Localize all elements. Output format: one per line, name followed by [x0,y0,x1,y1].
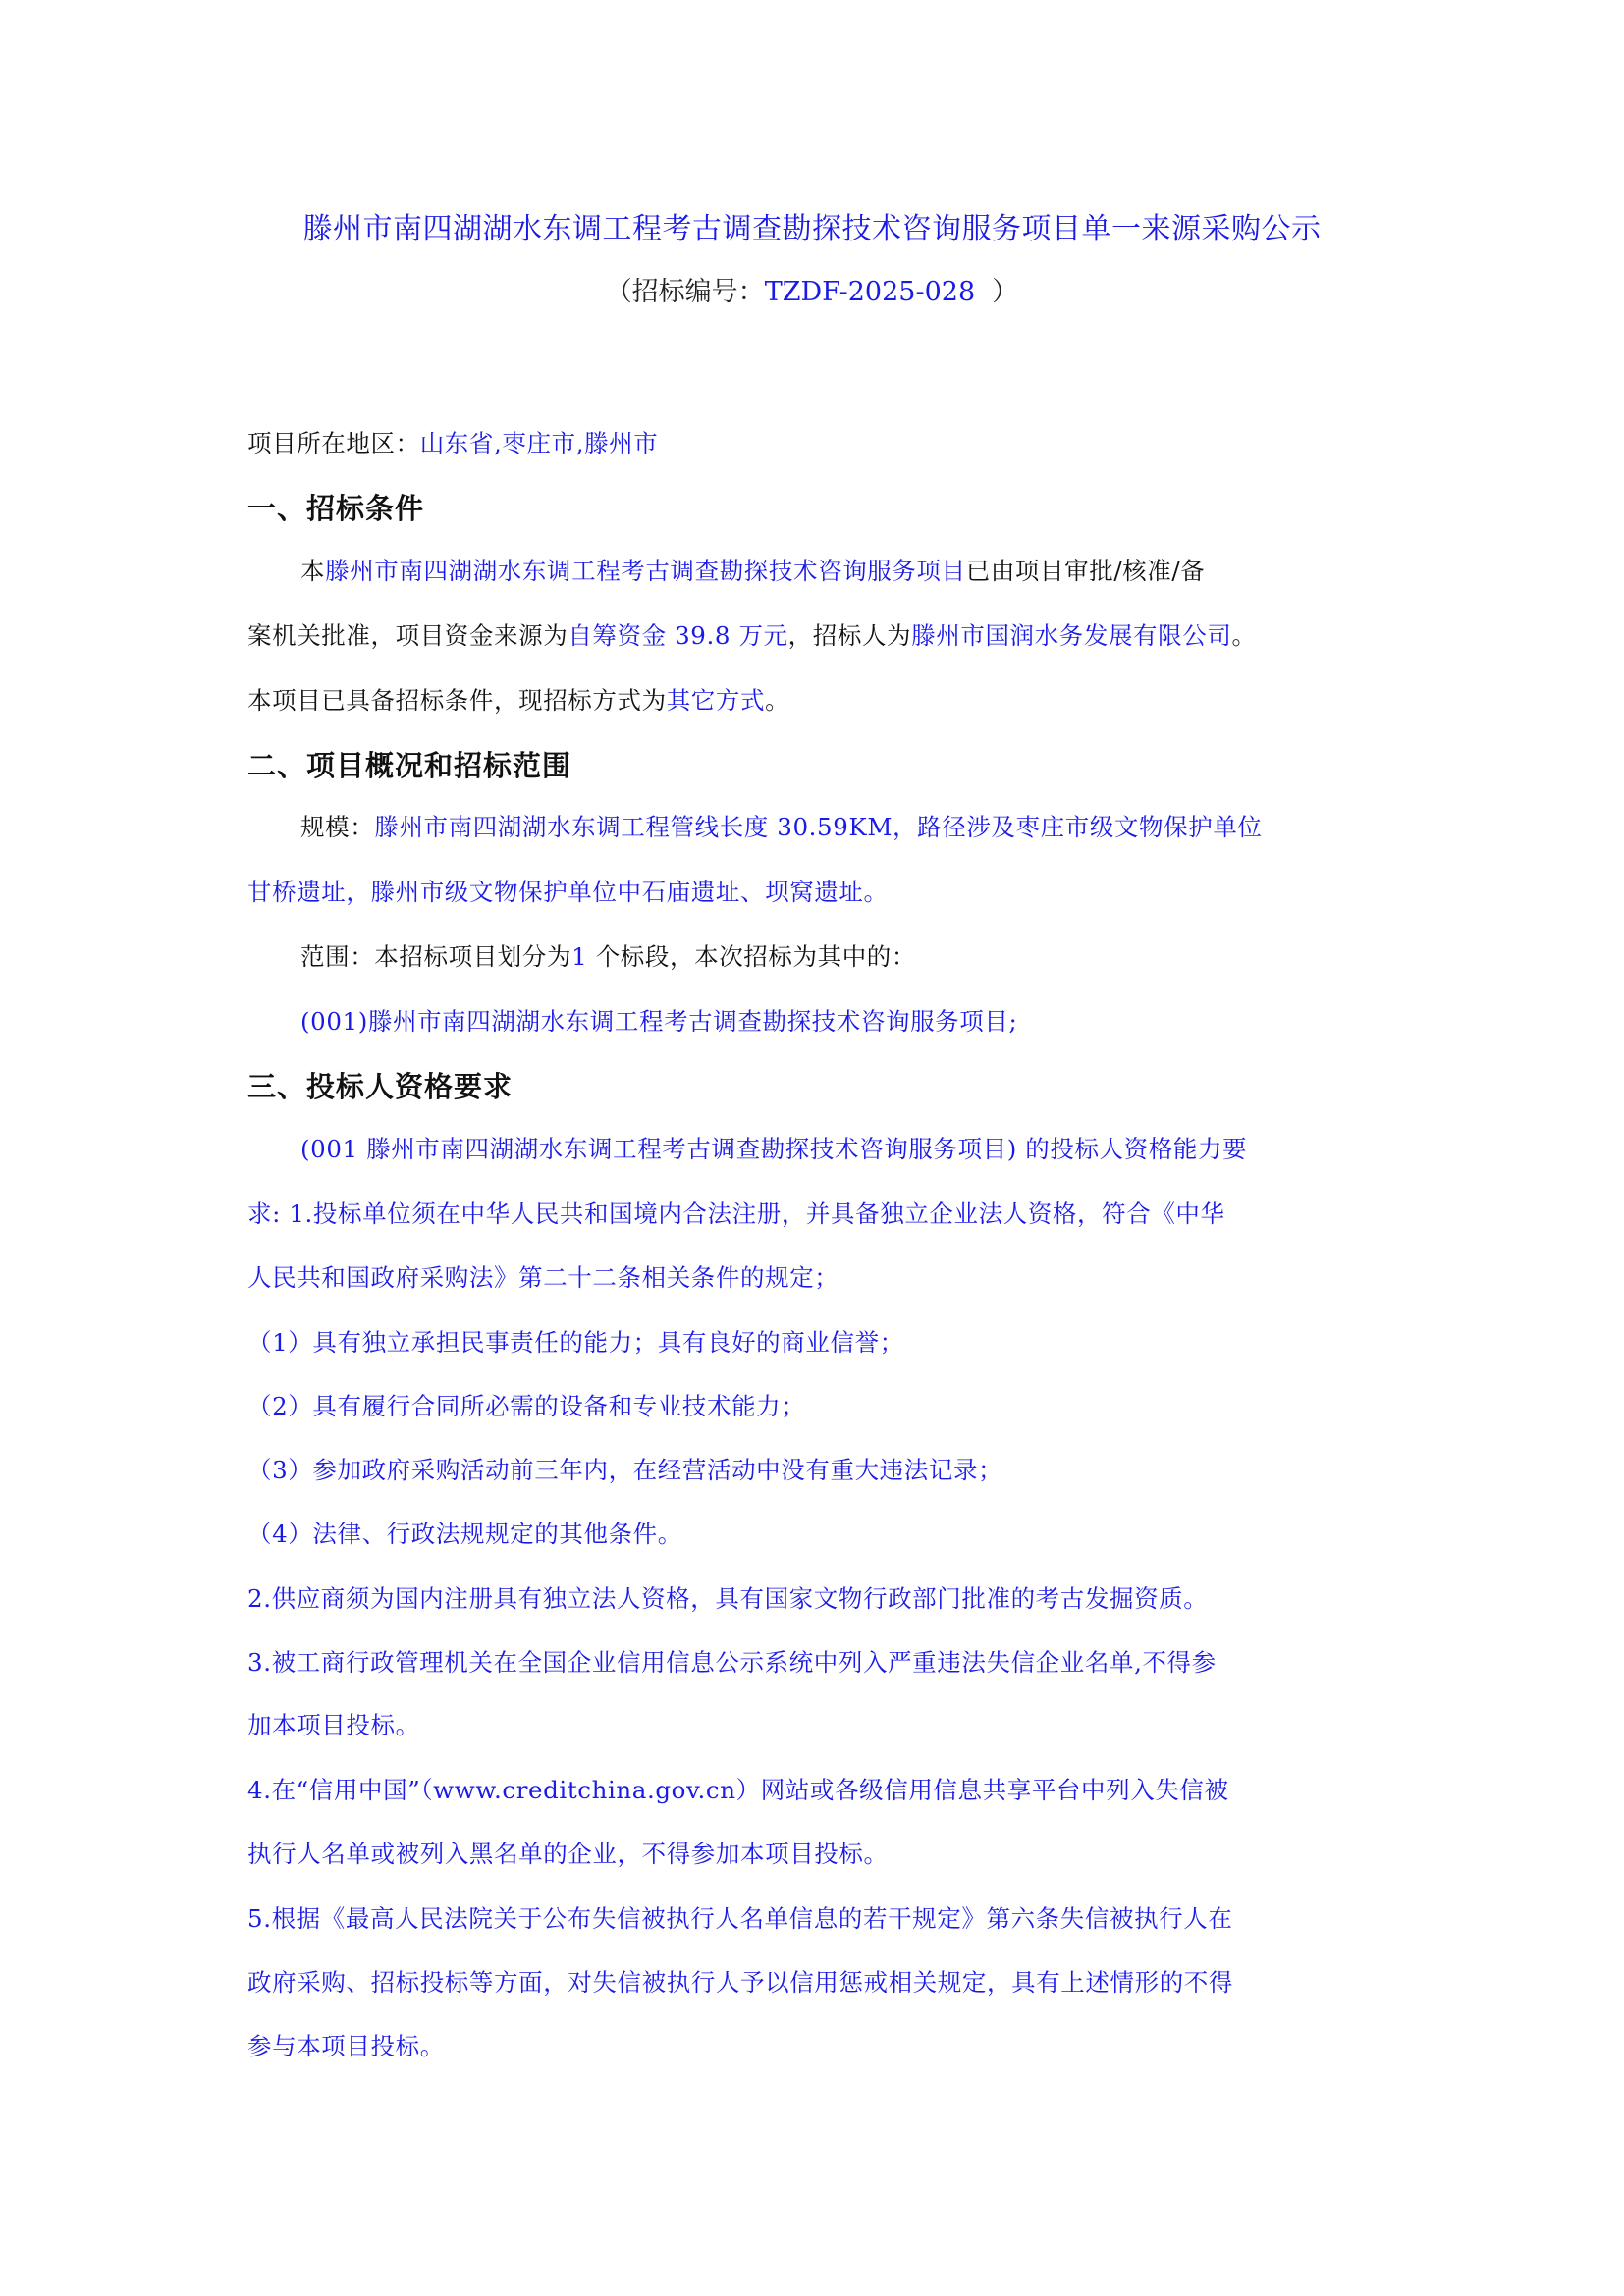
requirement-item-3: （3）参加政府采购活动前三年内，在经营活动中没有重大违法记录； [247,1451,1377,1490]
requirement-4-continued: 执行人名单或被列入黑名单的企业，不得参加本项目投标。 [247,1835,1377,1874]
paragraph-line: 本滕州市南四湖湖水东调工程考古调查勘探技术咨询服务项目已由项目审批/核准/备 [247,552,1430,591]
text: 本 [300,557,325,585]
text: 。 [765,686,789,715]
text: 本项目已具备招标条件，现招标方式为 [247,686,667,715]
text: ，招标人为 [788,621,912,650]
paragraph-line: 案机关批准，项目资金来源为自筹资金 39.8 万元，招标人为滕州市国润水务发展有… [247,616,1377,656]
range-line: 范围：本招标项目划分为1 个标段，本次招标为其中的： [247,937,1430,977]
section-heading-bidder-qualifications: 三、投标人资格要求 [247,1065,513,1108]
requirement-line: 人民共和国政府采购法》第二十二条相关条件的规定； [247,1258,1377,1298]
lot-item: (001)滕州市南四湖湖水东调工程考古调查勘探技术咨询服务项目; [247,1002,1430,1041]
scale-value: 滕州市南四湖湖水东调工程管线长度 30.59KM，路径涉及枣庄市级文物保护单位 [374,813,1262,841]
lot-count: 1 [571,942,587,971]
project-region: 项目所在地区：山东省,枣庄市,滕州市 [247,424,1377,463]
text: 。 [1231,621,1256,650]
requirement-4: 4.在“信用中国”（www.creditchina.gov.cn）网站或各级信用… [247,1771,1377,1810]
requirement-item-4: （4）法律、行政法规规定的其他条件。 [247,1515,1377,1554]
project-name: 滕州市南四湖湖水东调工程考古调查勘探技术咨询服务项目 [325,557,966,585]
requirement-item-1: （1）具有独立承担民事责任的能力；具有良好的商业信誉； [247,1323,1377,1362]
section-heading-tender-conditions: 一、招标条件 [247,487,424,530]
requirement-line: 求: 1.投标单位须在中华人民共和国境内合法注册，并具备独立企业法人资格，符合《… [247,1195,1377,1234]
requirement-3: 3.被工商行政管理机关在全国企业信用信息公示系统中列入严重违法失信企业名单,不得… [247,1643,1377,1682]
requirement-5: 5.根据《最高人民法院关于公布失信被执行人名单信息的若干规定》第六条失信被执行人… [247,1899,1377,1939]
region-label: 项目所在地区： [247,429,420,457]
tender-number-code: TZDF-2025-028 [765,277,975,307]
tender-number: （招标编号：TZDF-2025-028 ） [247,271,1377,314]
scale-label: 规模： [300,813,374,841]
region-value: 山东省,枣庄市,滕州市 [420,429,659,457]
funding-source: 自筹资金 39.8 万元 [568,621,787,650]
text: 案机关批准，项目资金来源为 [247,621,568,650]
requirement-5-continued: 政府采购、招标投标等方面，对失信被执行人予以信用惩戒相关规定，具有上述情形的不得 [247,1963,1377,2002]
requirement-item-2: （2）具有履行合同所必需的设备和专业技术能力； [247,1387,1377,1426]
tender-method: 其它方式 [667,686,765,715]
tender-number-prefix: （招标编号： [606,277,765,307]
scale-line: 规模：滕州市南四湖湖水东调工程管线长度 30.59KM，路径涉及枣庄市级文物保护… [247,808,1430,847]
text: 已由项目审批/核准/备 [966,557,1206,585]
section-heading-project-overview: 二、项目概况和招标范围 [247,744,571,787]
document-title: 滕州市南四湖湖水东调工程考古调查勘探技术咨询服务项目单一来源采购公示 [247,208,1377,251]
requirement-line: (001 滕州市南四湖湖水东调工程考古调查勘探技术咨询服务项目) 的投标人资格能… [247,1130,1430,1169]
text: 范围：本招标项目划分为 [300,942,571,971]
scale-line-continued: 甘桥遗址，滕州市级文物保护单位中石庙遗址、坝窝遗址。 [247,873,1377,912]
requirement-2: 2.供应商须为国内注册具有独立法人资格，具有国家文物行政部门批准的考古发掘资质。 [247,1579,1377,1619]
tender-number-suffix: ） [975,277,1018,307]
text: 个标段，本次招标为其中的： [587,942,916,971]
tenderer-name: 滕州市国润水务发展有限公司 [911,621,1231,650]
paragraph-line: 本项目已具备招标条件，现招标方式为其它方式。 [247,681,1377,721]
requirement-5-continued: 参与本项目投标。 [247,2027,1377,2066]
requirement-3-continued: 加本项目投标。 [247,1706,1377,1745]
